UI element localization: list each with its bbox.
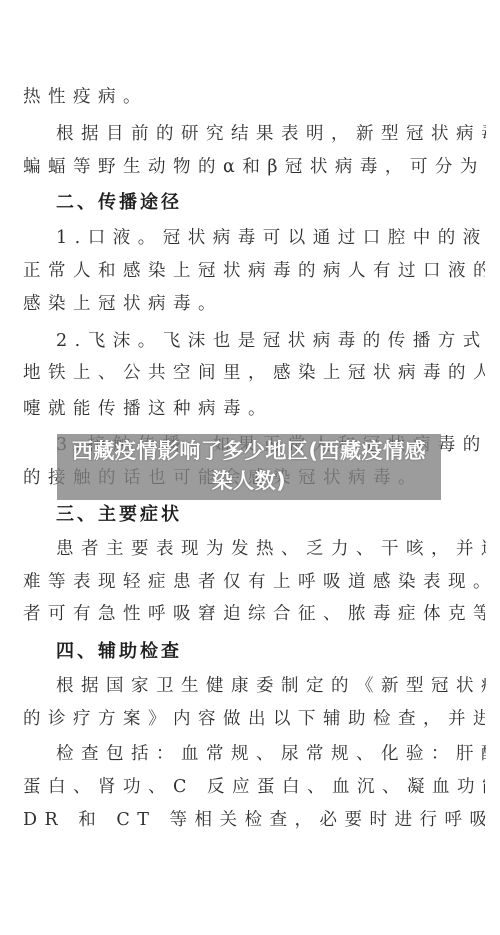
paragraph-line: 检查包括：血常规、尿常规、化验：肝酶、肌酶、肌红 bbox=[56, 739, 486, 769]
paragraph-line: 根据国家卫生健康委制定的《新型冠状病毒感染性肺炎 bbox=[56, 671, 486, 701]
body-line: 地铁上、公共空间里，感染上冠状病毒的人可能通过一个喷 bbox=[23, 358, 485, 388]
body-line: 难等表现轻症患者仅有上呼吸道感染表现。重症及危重症患 bbox=[23, 567, 485, 597]
paragraph-line: 2.飞沫。飞沫也是冠状病毒的传播方式之一。有时候在 bbox=[56, 326, 486, 356]
paragraph-line: 根据目前的研究结果表明，新型冠状病毒的主要来源是 bbox=[56, 119, 486, 149]
body-line: 者可有急性呼吸窘迫综合征、脓毒症体克等表现。 bbox=[23, 599, 485, 629]
body-line: 热性疫病。 bbox=[23, 82, 485, 112]
body-line: DR 和 CT 等相关检查，必要时进行呼吸道病原核酸检测。 bbox=[23, 805, 485, 835]
paragraph-line: 患者主要表现为发热、乏力、干咳，并逐渐出现呼吸困 bbox=[56, 534, 486, 564]
body-line: 的诊疗方案》内容做出以下辅助检查，并进行鉴别诊断。 bbox=[23, 704, 485, 734]
document-page: 热性疫病。 根据目前的研究结果表明，新型冠状病毒的主要来源是 蝙蝠等野生动物的α… bbox=[0, 0, 500, 935]
body-line: 正常人和感染上冠状病毒的病人有过口液的接触，可能就会 bbox=[23, 256, 485, 286]
overlay-title: 西藏疫情影响了多少地区(西藏疫情感染人数) bbox=[57, 436, 441, 496]
body-line: 感染上冠状病毒。 bbox=[23, 289, 485, 319]
title-overlay-banner: 西藏疫情影响了多少地区(西藏疫情感染人数) bbox=[57, 434, 441, 500]
section-heading-exams: 四、辅助检查 bbox=[56, 637, 500, 667]
section-heading-transmission: 二、传播途径 bbox=[56, 188, 500, 218]
body-line: 蛋白、肾功、C 反应蛋白、血沉、凝血功能、降钙素、肺部 bbox=[23, 772, 485, 802]
body-line: 蝙蝠等野生动物的α和β冠状病毒，可分为甲乙丙丁四类。 bbox=[23, 152, 485, 182]
section-heading-symptoms: 三、主要症状 bbox=[56, 500, 500, 530]
body-line: 嚏就能传播这种病毒。 bbox=[23, 394, 485, 424]
paragraph-line: 1.口液。冠状病毒可以通过口腔中的液体进行传播，当 bbox=[56, 223, 486, 253]
